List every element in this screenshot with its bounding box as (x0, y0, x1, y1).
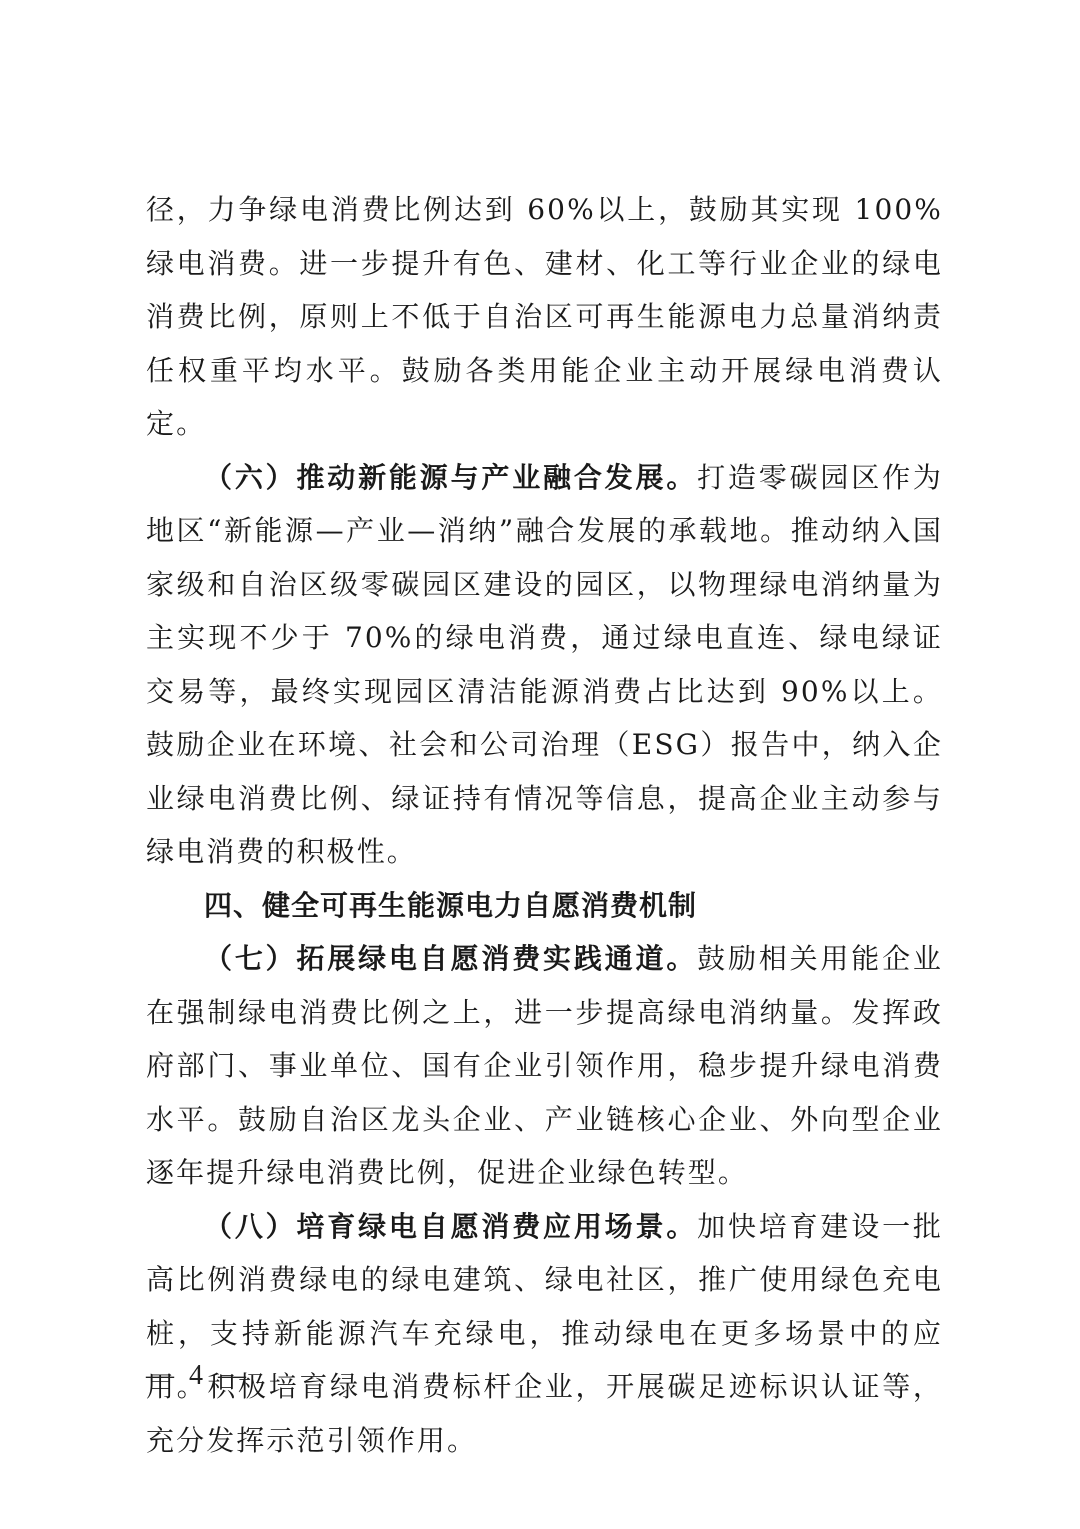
paragraph-lead: （六）推动新能源与产业融合发展。 (204, 461, 697, 494)
paragraph-text: 打造零碳园区作为地区“新能源—产业—消纳”融合发展的承载地。推动纳入国家级和自治… (146, 461, 943, 869)
page-number: — 4 — (146, 1360, 250, 1392)
paragraph-text: 加快培育建设一批高比例消费绿电的绿电建筑、绿电社区，推广使用绿色充电桩，支持新能… (146, 1210, 943, 1457)
document-page: 径，力争绿电消费比例达到 60%以上，鼓励其实现 100%绿电消费。进一步提升有… (146, 183, 943, 1467)
paragraph-item-8: （八）培育绿电自愿消费应用场景。加快培育建设一批高比例消费绿电的绿电建筑、绿电社… (146, 1200, 943, 1468)
paragraph-continued: 径，力争绿电消费比例达到 60%以上，鼓励其实现 100%绿电消费。进一步提升有… (146, 183, 943, 451)
paragraph-lead: （八）培育绿电自愿消费应用场景。 (204, 1210, 697, 1243)
paragraph-lead: （七）拓展绿电自愿消费实践通道。 (204, 942, 697, 975)
section-heading: 四、健全可再生能源电力自愿消费机制 (146, 879, 943, 933)
paragraph-text: 径，力争绿电消费比例达到 60%以上，鼓励其实现 100%绿电消费。进一步提升有… (146, 193, 943, 440)
paragraph-item-7: （七）拓展绿电自愿消费实践通道。鼓励相关用能企业在强制绿电消费比例之上，进一步提… (146, 932, 943, 1200)
paragraph-text: 鼓励相关用能企业在强制绿电消费比例之上，进一步提高绿电消纳量。发挥政府部门、事业… (146, 942, 943, 1189)
paragraph-item-6: （六）推动新能源与产业融合发展。打造零碳园区作为地区“新能源—产业—消纳”融合发… (146, 451, 943, 879)
